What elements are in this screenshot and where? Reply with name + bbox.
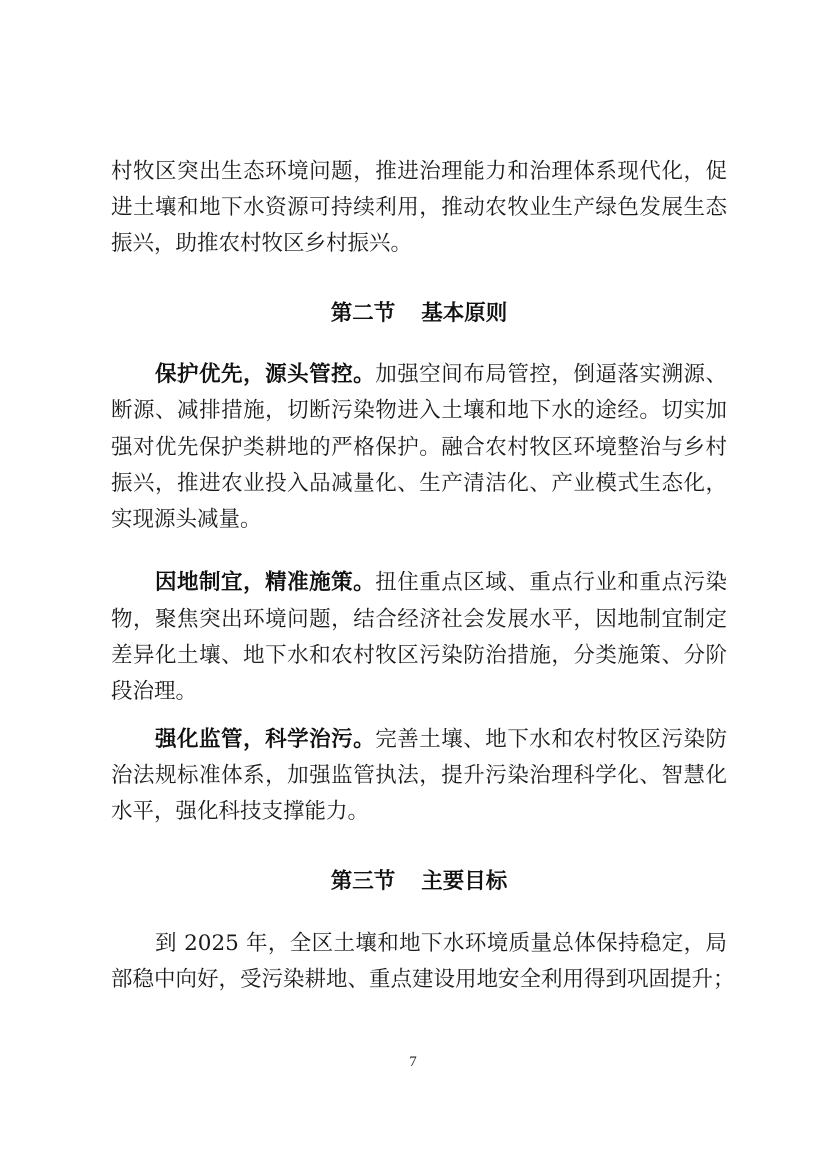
principle-1-line: 断源、减排措施，切断污染物进入土壤和地下水的途经。切实加 (111, 397, 727, 425)
section-title: 基本原则 (421, 301, 507, 326)
section-number: 第二节 (331, 301, 396, 326)
intro-line-1: 村牧区突出生态环境问题，推进治理能力和治理体系现代化，促 (111, 158, 727, 186)
principle-1-rest: 加强空间布局管控，倒逼落实溯源、 (375, 362, 727, 387)
principle-1-line: 实现源头减量。 (111, 506, 727, 534)
principle-3-rest: 完善土壤、地下水和农村牧区污染防 (375, 727, 727, 752)
section-title: 主要目标 (421, 869, 507, 894)
principle-3-line: 治法规标准体系，加强监管执法，提升污染治理科学化、智慧化 (111, 762, 727, 790)
section-heading-3: 第三节主要目标 (111, 868, 727, 896)
principle-3-line: 水平，强化科技支撑能力。 (111, 798, 727, 826)
principle-2-first-line: 因地制宜，精准施策。扭住重点区域、重点行业和重点污染 (155, 569, 727, 597)
intro-line-3: 振兴，助推农村牧区乡村振兴。 (111, 230, 727, 258)
section-heading-2: 第二节基本原则 (111, 300, 727, 328)
principle-1-line: 振兴，推进农业投入品减量化、生产清洁化、产业模式生态化， (111, 470, 727, 498)
principle-1-line: 强对优先保护类耕地的严格保护。融合农村牧区环境整治与乡村 (111, 434, 727, 462)
principle-1-first-line: 保护优先，源头管控。加强空间布局管控，倒逼落实溯源、 (155, 361, 727, 389)
principle-2-lead: 因地制宜，精准施策。 (155, 570, 375, 595)
principle-2-line: 段治理。 (111, 678, 727, 706)
principle-1-lead: 保护优先，源头管控。 (155, 362, 375, 387)
goals-line: 部稳中向好，受污染耕地、重点建设用地安全利用得到巩固提升； (111, 966, 727, 994)
principle-3-lead: 强化监管，科学治污。 (155, 727, 375, 752)
intro-line-2: 进土壤和地下水资源可持续利用，推动农牧业生产绿色发展生态 (111, 194, 727, 222)
principle-2-line: 物，聚焦突出环境问题，结合经济社会发展水平，因地制宜制定 (111, 606, 727, 634)
goals-first-line: 到 2025 年，全区土壤和地下水环境质量总体保持稳定，局 (155, 930, 727, 958)
principle-2-rest: 扭住重点区域、重点行业和重点污染 (375, 570, 727, 595)
principle-2-line: 差异化土壤、地下水和农村牧区污染防治措施，分类施策、分阶 (111, 642, 727, 670)
section-number: 第三节 (331, 869, 396, 894)
principle-3-first-line: 强化监管，科学治污。完善土壤、地下水和农村牧区污染防 (155, 726, 727, 754)
page-number: 7 (0, 1054, 826, 1071)
